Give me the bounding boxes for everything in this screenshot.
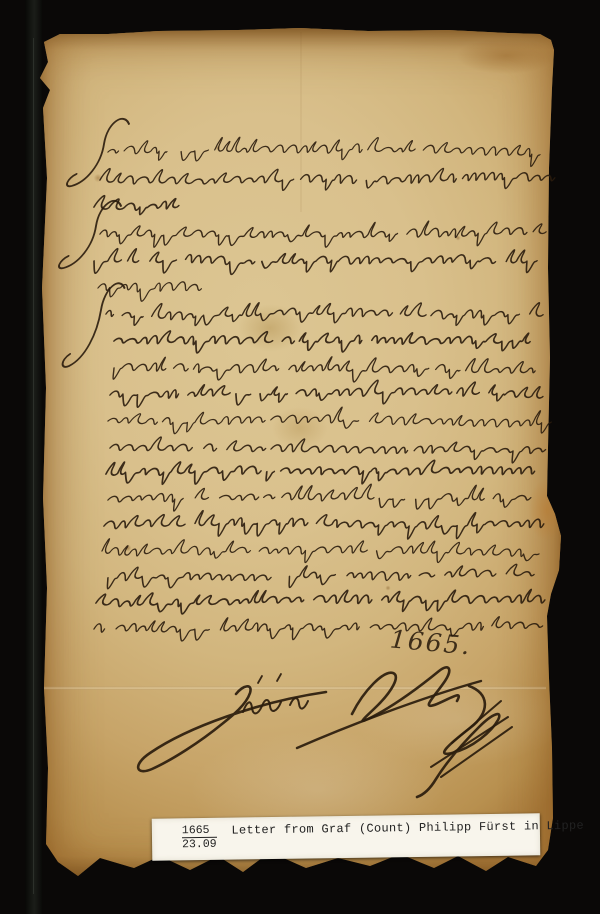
- catalog-title: Letter from Graf (Count) Philipp Fürst i…: [231, 819, 584, 838]
- catalog-date: 23.09: [182, 838, 217, 852]
- album-binding-highlight: [33, 38, 34, 894]
- catalog-label: 1665 23.09 Letter from Graf (Count) Phil…: [152, 813, 541, 860]
- catalog-number: 1665: [182, 824, 217, 839]
- fold-crease-horizontal: [44, 686, 546, 690]
- fold-crease-vertical: [300, 32, 302, 212]
- photo-background: { "scene": { "type": "archival photograp…: [0, 0, 600, 914]
- catalog-number-block: 1665 23.09: [182, 824, 217, 852]
- manuscript-paper: [38, 28, 564, 884]
